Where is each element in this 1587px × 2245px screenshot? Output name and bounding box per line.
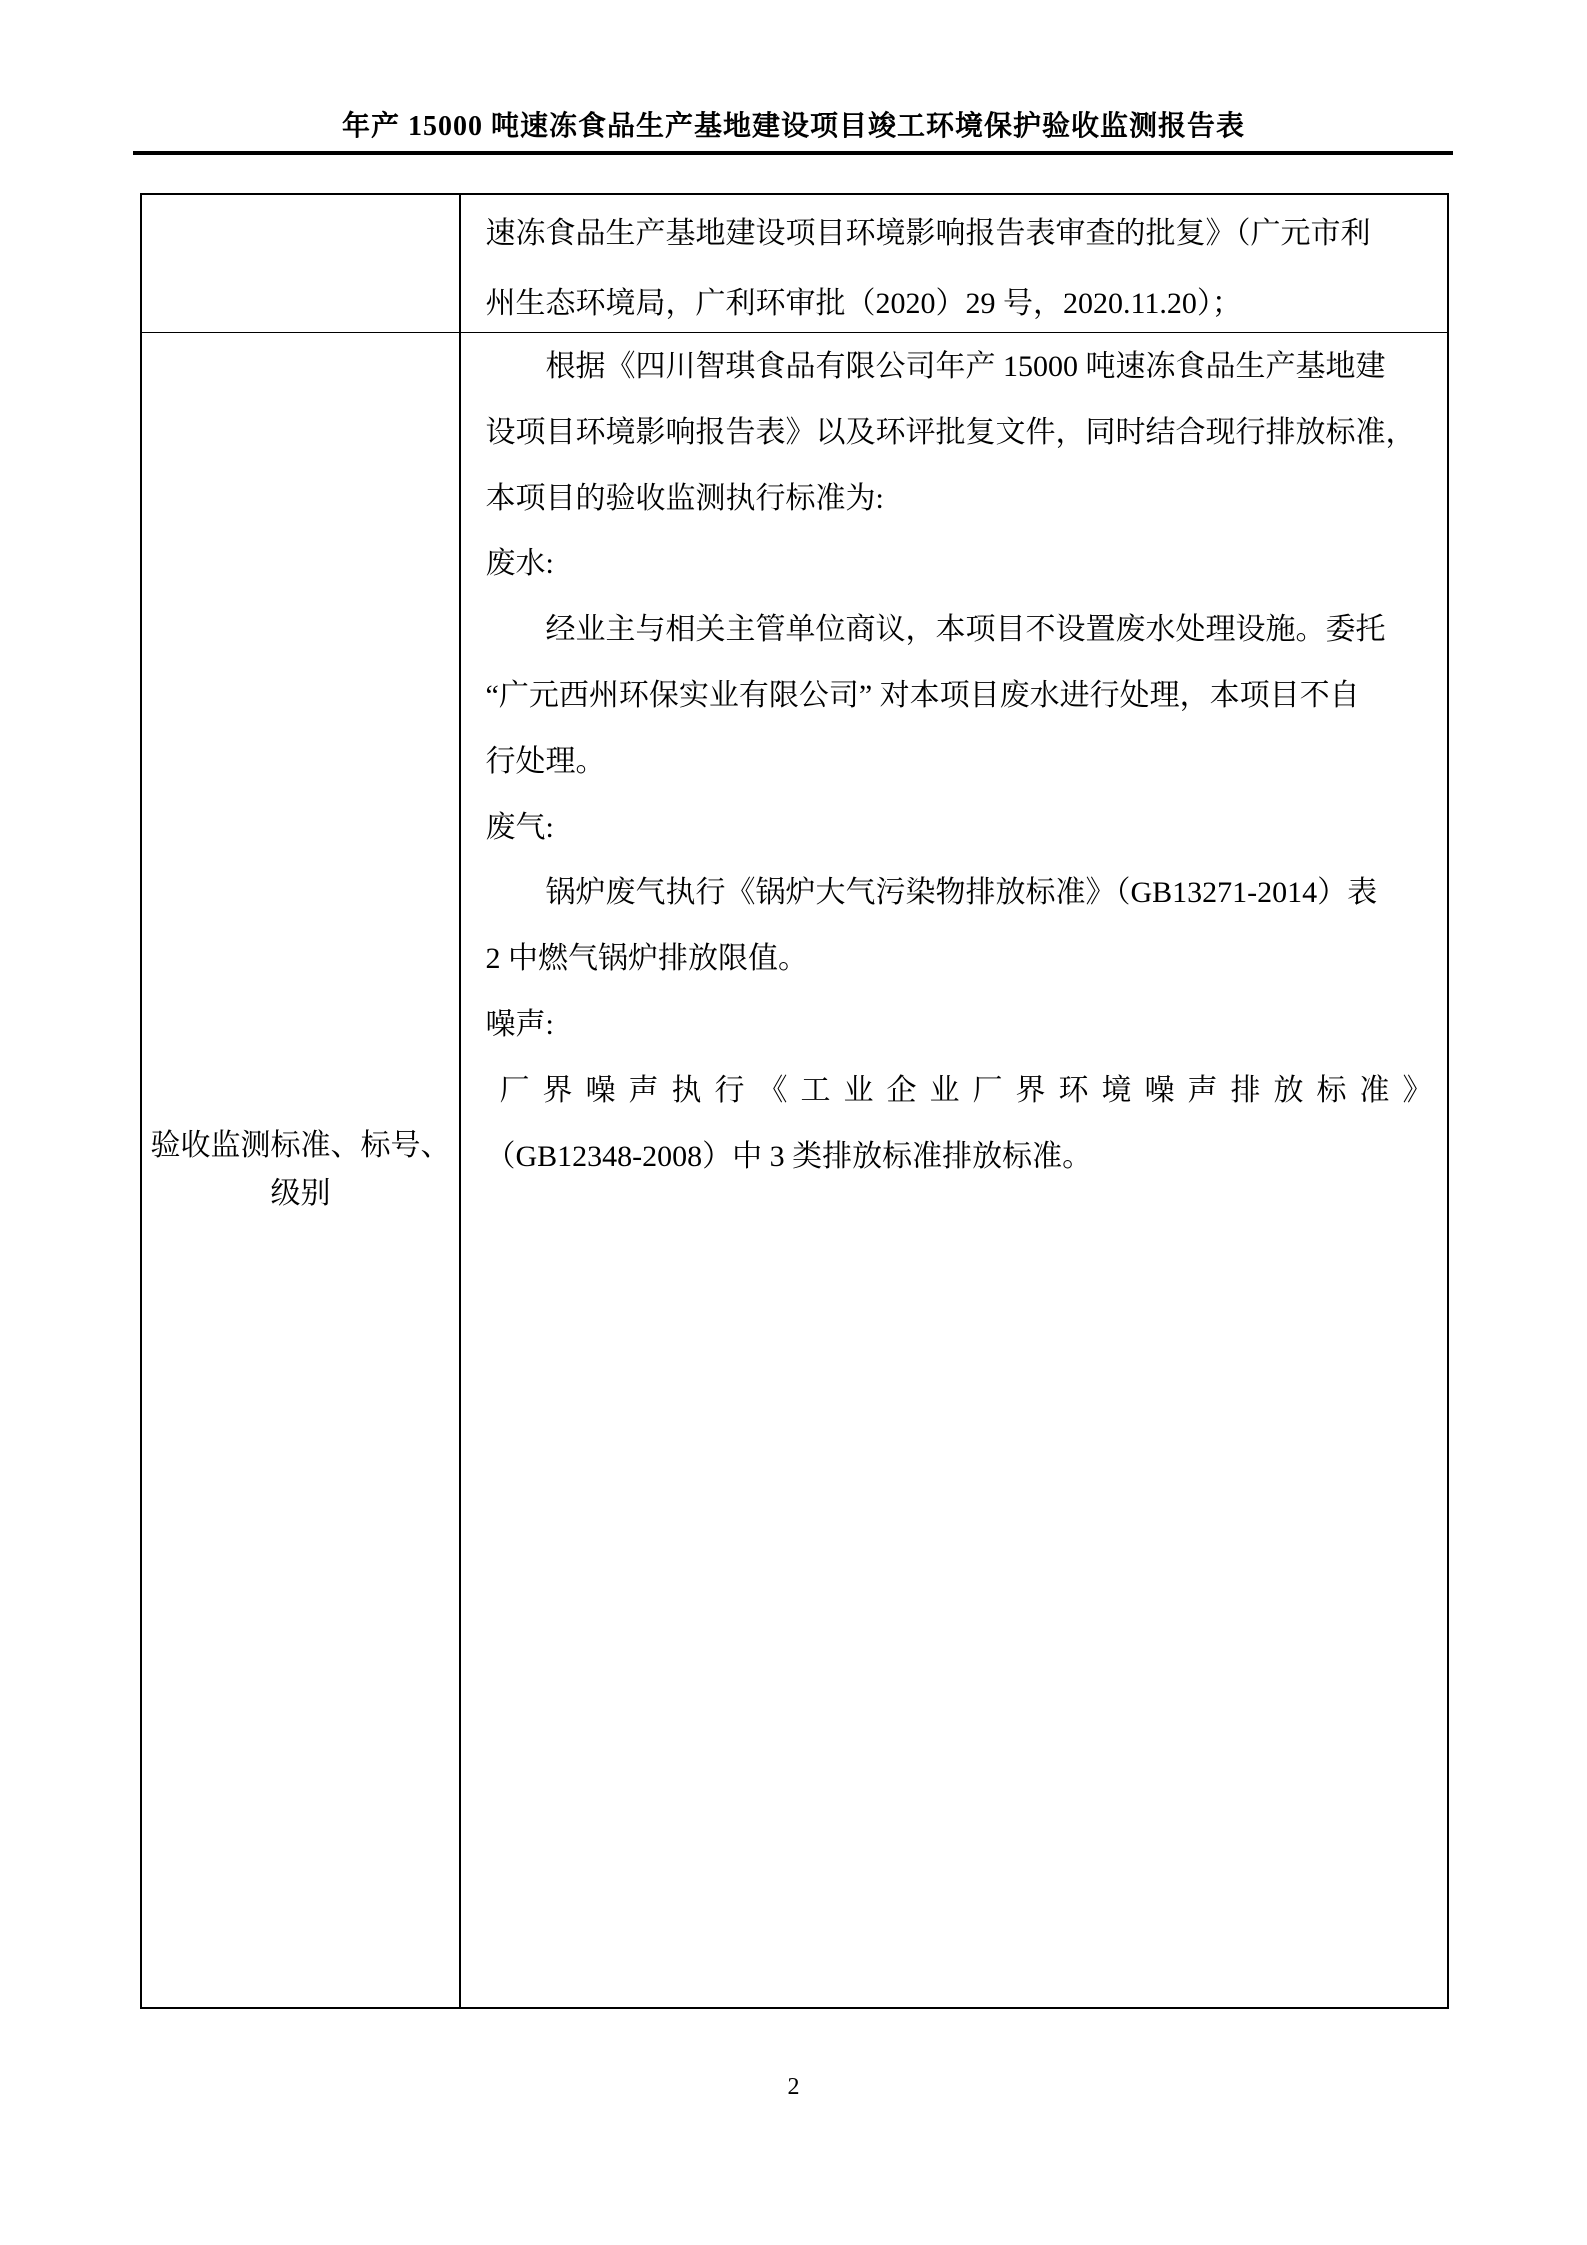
label-line: 验收监测标准、标号、 — [151, 1122, 451, 1170]
text-line: 州生态环境局，广利环审批（2020）29 号，2020.11.20）； — [486, 269, 1444, 339]
text-line: 经业主与相关主管单位商议，本项目不设置废水处理设施。委托 — [486, 597, 1445, 663]
text-line: 锅炉废气执行《锅炉大气污染物排放标准》（GB13271-2014）表 — [486, 860, 1445, 926]
text-line: （GB12348-2008）中 3 类排放标准排放标准。 — [486, 1124, 1445, 1190]
table-cell-approval-content: 速冻食品生产基地建设项目环境影响报告表审查的批复》（广元市利 州生态环境局，广利… — [461, 195, 1448, 332]
text-line: “广元西州环保实业有限公司” 对本项目废水进行处理，本项目不自 — [486, 663, 1445, 729]
text-line: 根据《四川智琪食品有限公司年产 15000 吨速冻食品生产基地建 — [486, 334, 1445, 400]
text-line: 行处理。 — [486, 729, 1445, 795]
text-line: 噪声: — [486, 992, 1445, 1058]
page-number: 2 — [0, 2072, 1587, 2102]
text-line: 废水: — [486, 531, 1445, 597]
text-line: 废气: — [486, 795, 1445, 861]
text-line: 速冻食品生产基地建设项目环境影响报告表审查的批复》（广元市利 — [486, 199, 1444, 269]
table-cell-standards-content: 根据《四川智琪食品有限公司年产 15000 吨速冻食品生产基地建 设项目环境影响… — [461, 333, 1448, 2007]
table-cell-standards-label: 验收监测标准、标号、 级别 — [142, 333, 459, 2007]
header-rule — [133, 151, 1453, 155]
page-title: 年产 15000 吨速冻食品生产基地建设项目竣工环境保护验收监测报告表 — [0, 110, 1587, 144]
text-line: 设项目环境影响报告表》以及环评批复文件，同时结合现行排放标准， — [486, 400, 1445, 466]
text-line: 厂界噪声执行《工业企业厂界环境噪声排放标准》 — [486, 1058, 1445, 1124]
acceptance-standards-table: 速冻食品生产基地建设项目环境影响报告表审查的批复》（广元市利 州生态环境局，广利… — [140, 193, 1449, 2009]
text-line: 2 中燃气锅炉排放限值。 — [486, 926, 1445, 992]
table-cell-empty-label — [142, 195, 459, 332]
document-page: 年产 15000 吨速冻食品生产基地建设项目竣工环境保护验收监测报告表 速冻食品… — [0, 0, 1587, 2245]
label-line: 级别 — [271, 1170, 331, 1218]
text-line: 本项目的验收监测执行标准为: — [486, 466, 1445, 532]
